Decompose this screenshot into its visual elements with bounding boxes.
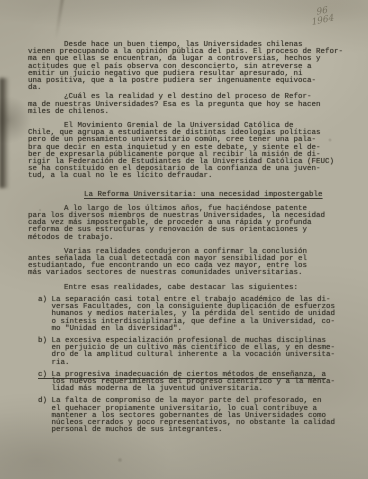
paragraph: Entre esas realidades, cabe destacar las… bbox=[28, 285, 356, 292]
scanned-document-page: 96 1964 Desde hace un buen tiempo, las U… bbox=[0, 0, 368, 479]
list-item: b) La excesiva especialización profesion… bbox=[38, 338, 356, 367]
section-heading: La Reforma Universitaria: una necesidad … bbox=[84, 192, 356, 199]
paper-crease bbox=[54, 0, 64, 40]
paragraph: Desde hace un buen tiempo, las Universid… bbox=[28, 42, 356, 92]
paragraph: Varias realidades condujeron a confirmar… bbox=[28, 249, 356, 278]
list-item: a) La separación casi total entre el tra… bbox=[38, 297, 356, 333]
pencil-annotation: 96 1964 bbox=[316, 5, 334, 27]
paragraph: ¿Cuál es la realidad y el destino del pr… bbox=[28, 94, 356, 116]
pencil-annotation-line2: 1964 bbox=[311, 14, 334, 28]
scan-edge-shadow bbox=[0, 78, 9, 188]
paragraph: El Movimiento Gremial de la Universidad … bbox=[28, 123, 356, 181]
list-item: c) La progresiva inadecuación de ciertos… bbox=[38, 372, 356, 394]
list-item: d) La falta de compromiso de la mayor pa… bbox=[38, 398, 356, 434]
paragraph: A lo largo de los últimos años, fue haci… bbox=[28, 206, 356, 242]
document-body: Desde hace un buen tiempo, las Universid… bbox=[28, 42, 356, 434]
